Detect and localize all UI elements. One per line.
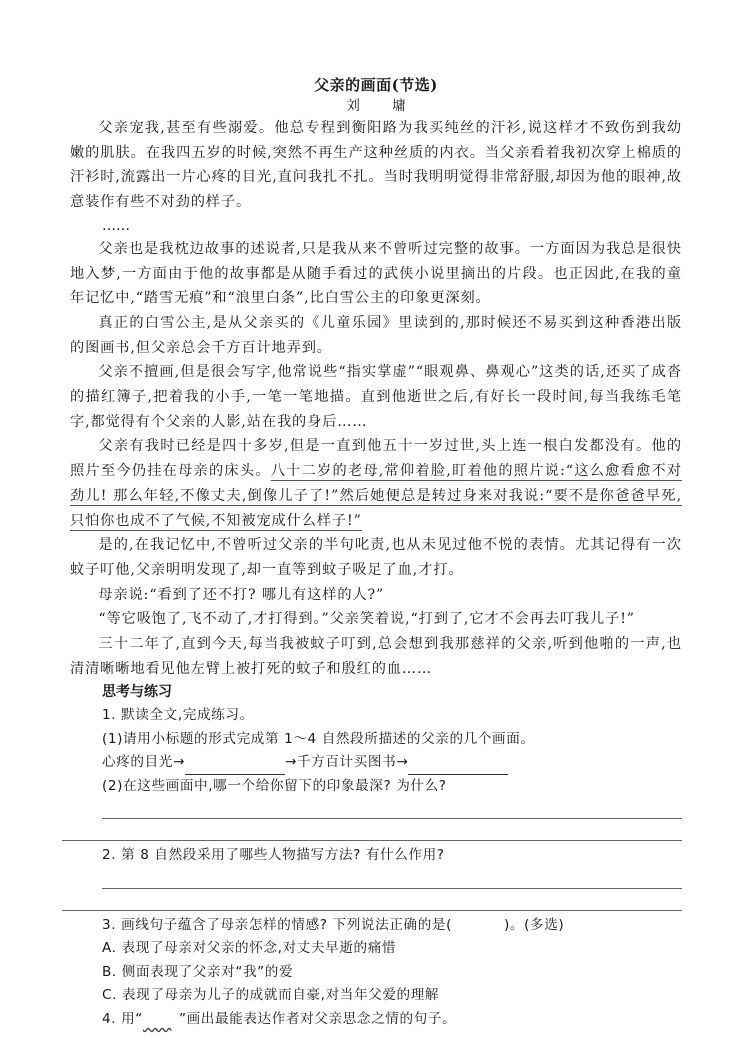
paragraph-9: 三十二年了,直到今天,每当我被蚊子叮到,总会想到我那慈祥的父亲,听到他啪的一声,… [70,632,682,681]
option-b[interactable]: B. 侧面表现了父亲对“我”的爱 [70,961,682,985]
question-3: 3. 画线句子蕴含了母亲怎样的情感? 下列说法正确的是()。(多选) [70,914,682,938]
exercises-heading: 思考与练习 [70,681,682,704]
article-author: 刘 墉 [84,96,682,116]
paragraph-1: 父亲宠我,甚至有些溺爱。他总专程到衡阳路为我买纯丝的汗衫,说这样才不致伤到我幼嫩… [70,116,682,215]
paragraph-7: 母亲说:“看到了还不打? 哪儿有这样的人?” [70,583,682,608]
question-4: 4. 用“～～”画出最能表达作者对父亲思念之情的句子。 [70,1008,682,1032]
question-2: 2. 第 8 自然段采用了哪些人物描写方法? 有什么作用? [70,844,682,868]
paragraph-2: 父亲也是我枕边故事的述说者,只是我从来不曾听过完整的故事。一方面因为我总是很快地… [70,237,682,311]
option-a[interactable]: A. 表现了母亲对父亲的怀念,对丈夫早逝的痛惜 [70,937,682,961]
paragraph-4: 父亲不擅画,但是很会写字,他常说些“指实掌虚”“眼观鼻、鼻观心”这类的话,还买了… [70,360,682,434]
question-3-text: 3. 画线句子蕴含了母亲怎样的情感? 下列说法正确的是( [102,917,452,933]
omission-mark: …… [70,215,682,237]
question-4-suffix: ”画出最能表达作者对父亲思念之情的句子。 [179,1011,456,1027]
question-1-1: (1)请用小标题的形式完成第 1～4 自然段所描述的父亲的几个画面。 [70,728,682,752]
question-1: 1. 默读全文,完成练习。 [70,704,682,728]
question-1-1-chain: 心疼的目光→→千方百计买图书→ [70,751,682,775]
paragraph-6: 是的,在我记忆中,不曾听过父亲的半句叱责,也从未见过他不悦的表情。尤其记得有一次… [70,533,682,582]
paragraph-3: 真正的白雪公主,是从父亲买的《儿童乐园》里读到的,那时候还不易买到这种香港出版的… [70,311,682,360]
chain-item-2: →千方百计买图书→ [285,754,408,770]
answer-blank-2[interactable] [408,757,508,775]
question-1-2: (2)在这些画面中,哪一个给你留下的印象最深? 为什么? [70,775,682,799]
question-4-text: 4. 用“ [102,1011,143,1027]
wavy-underline-mark: ～～ [143,1008,179,1032]
article-title: 父亲的画面(节选) [70,74,682,96]
paragraph-8: “等它吸饱了,飞不动了,才打得到。”父亲笑着说,“打到了,它才不会再去叮我儿子!… [70,607,682,632]
option-c[interactable]: C. 表现了母亲为儿子的成就而自豪,对当年父爱的理解 [70,984,682,1008]
worksheet-page: 父亲的画面(节选) 刘 墉 父亲宠我,甚至有些溺爱。他总专程到衡阳路为我买纯丝的… [70,74,682,1031]
question-3-suffix: )。(多选) [504,917,564,933]
answer-blank-1[interactable] [185,757,285,775]
chain-item-1: 心疼的目光→ [102,754,185,770]
paragraph-5: 父亲有我时已经是四十多岁,但是一直到他五十一岁过世,头上连一根白发都没有。他的照… [70,434,682,533]
